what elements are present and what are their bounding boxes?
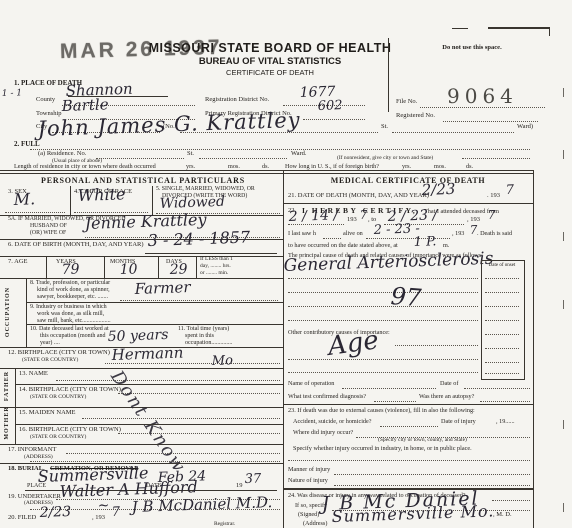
trade-label-2: kind of work done, as spinner, [37, 287, 110, 293]
filed-year-handwritten: 7 [112, 506, 121, 519]
date-of-death-label: 21. DATE OF DEATH (MONTH, DAY, AND YEAR) [288, 193, 429, 200]
margin-mark-6 [563, 503, 564, 512]
md-label: , M. D. [493, 512, 512, 519]
father-side-label: FATHER [4, 368, 10, 404]
last-saw-label-1: I last saw h [288, 231, 316, 237]
mother-birthplace-blank [118, 432, 280, 434]
birthplace-handwritten: Hermann [111, 346, 183, 363]
residence-label: (a) Residence. No. [38, 151, 86, 158]
row-line-17 [0, 444, 283, 445]
last-saw-blank-1 [323, 237, 341, 239]
cause-of-death-handwritten: General Arteriosclerosis [283, 251, 493, 275]
from-blank [288, 223, 344, 225]
contributory-handwritten: Age [326, 327, 380, 360]
city-ward-label: Ward) [517, 124, 533, 131]
last-worked-label-3: year) .... [40, 340, 60, 346]
registered-no-blank [443, 120, 538, 122]
age-label: 7. AGE [8, 259, 28, 266]
registration-district-label: Registration District No. [205, 97, 269, 104]
dob-handwritten: 3 - 24 - 1857 [147, 229, 250, 249]
mother-side-divider [15, 407, 16, 444]
address-label: (Address) [303, 521, 327, 527]
father-side-divider [15, 368, 16, 407]
last-worked-label-1: 10. Date deceased last worked at [30, 326, 109, 332]
autopsy-label: Was there an autopsy? [419, 394, 474, 400]
informant-label: 17. INFORMANT [8, 447, 56, 454]
operation-label: Name of operation [288, 381, 334, 387]
onset-blank-5 [485, 333, 519, 335]
onset-blank-2 [485, 291, 519, 293]
burial-year-handwritten: 37 [245, 472, 262, 486]
related-blank [492, 499, 530, 501]
cell-divider-sex [70, 186, 71, 215]
test-blank [374, 400, 416, 402]
nonresident-note: (If nonresident, give city or town and S… [337, 156, 433, 162]
informant-blank-1 [66, 452, 280, 454]
row-line-9 [26, 302, 283, 303]
trade-label-1: 8. Trade, profession, or particular [30, 280, 110, 286]
mother-maiden-label: 15. MAIDEN NAME [19, 410, 76, 417]
margin-mark-4 [563, 300, 564, 309]
burial-year-printed: 19 [236, 483, 243, 490]
specify-place-blank [288, 459, 530, 461]
registrar-signature: J B McDaniel M.D. [131, 495, 272, 515]
contributory-blank-3 [288, 371, 478, 373]
external-causes-label: 23. If death was due to external causes … [288, 408, 475, 414]
header-divider [388, 38, 389, 112]
personal-section-title: PERSONAL AND STATISTICAL PARTICULARS [10, 177, 276, 185]
hour-handwritten: 1 P. [414, 235, 437, 249]
city-st-label: St. [381, 124, 388, 131]
file-number-stamp: 9064 [447, 84, 518, 108]
form-right-border [533, 170, 534, 528]
scan-mark-line [488, 27, 550, 29]
residence-st-blank [199, 157, 287, 159]
operation-date-blank [464, 387, 530, 389]
last-saw-label-2: alive on [343, 231, 363, 237]
operation-date-label: Date of [440, 381, 458, 387]
total-time-label-2: spent in this [185, 333, 214, 339]
file-no-label: File No. [396, 99, 417, 106]
spouse-label-3: (OR) WIFE OF [30, 231, 66, 237]
age-less-3: or ........ min. [200, 271, 228, 277]
mother-birthplace-sub: (STATE OR COUNTRY) [30, 435, 86, 441]
marital-label-1: 5. SINGLE, MARRIED, WIDOWED, OR [156, 187, 255, 193]
total-time-label-3: occupation.............. [185, 340, 232, 346]
from-year-printed: 193 [347, 217, 357, 224]
onset-blank-8 [485, 372, 519, 374]
autopsy-blank [480, 400, 530, 402]
date-of-onset-label: Date of onset [482, 263, 522, 268]
m-label: m. [443, 243, 449, 249]
primary-registration-blank [303, 118, 365, 120]
father-birthplace-label: 14. BIRTHPLACE (CITY OR TOWN) [19, 387, 121, 394]
onset-blank-7 [485, 361, 519, 363]
dob-underline [145, 253, 277, 254]
last-worked-label-2: this occupation (month and [40, 333, 106, 339]
margin-mark-2 [563, 150, 564, 159]
manner-blank [334, 473, 530, 475]
specify-city-note: (Specify city or town, county, and State… [378, 438, 467, 444]
registrar-label: Registrar. [214, 522, 235, 528]
injury-date-label: Date of injury [441, 419, 476, 425]
margin-mark-1 [563, 88, 564, 97]
rule-top [0, 170, 533, 171]
column-divider [283, 170, 284, 528]
age-days-handwritten: 29 [170, 262, 188, 277]
attended-from-handwritten: 2 / 14 / [289, 208, 339, 224]
margin-mark-3 [563, 232, 564, 241]
onset-blank-4 [485, 319, 519, 321]
age-less-2: day, ........ hrs. [200, 264, 231, 270]
note-97-handwritten: 97 [390, 284, 422, 310]
sex-blank [5, 211, 65, 213]
full-name-blank [30, 148, 530, 150]
from-year-handwritten: 7 [360, 209, 368, 221]
trade-label-3: sawyer, bookkeeper, etc. ....... [37, 294, 108, 300]
do-not-use-note: Do not use this space. [398, 45, 546, 52]
race-handwritten: White [77, 186, 125, 204]
page-title: MISSOURI STATE BOARD OF HEALTH [140, 42, 400, 55]
residence-no-blank [96, 157, 184, 159]
father-name-label: 13. NAME [19, 371, 48, 378]
rule-top-2 [0, 173, 533, 174]
to-year-handwritten: 7 [488, 209, 496, 221]
onset-blank-1 [485, 277, 519, 279]
dod-year-printed: . 193 [487, 193, 500, 200]
cause-blank-3 [288, 305, 478, 307]
mother-maiden-blank [82, 417, 280, 419]
accident-blank [380, 425, 438, 427]
residence-ward-label: Ward. [291, 151, 307, 158]
last-saw-year-printed: , 193 [452, 231, 464, 237]
dod-year-handwritten: 7 [506, 184, 515, 197]
filed-year-printed: , 193 [92, 515, 105, 522]
specify-place-label: Specify whether injury occurred in indus… [293, 446, 472, 452]
row-line-13 [0, 368, 283, 369]
signed-label: (Signed) [298, 512, 319, 518]
contributory-blank-1 [395, 344, 478, 346]
where-injury-label: Where did injury occur? [293, 430, 353, 436]
manner-label: Manner of injury [288, 467, 330, 473]
accident-label: Accident, suicide, or homicide? [293, 419, 372, 425]
trade-blank [120, 299, 278, 301]
father-birthplace-sub: (STATE OR COUNTRY) [30, 395, 86, 401]
medical-line-1 [283, 203, 533, 204]
operation-blank [342, 387, 436, 389]
age-cell-2 [104, 256, 105, 278]
last-worked-handwritten: 50 years [108, 328, 169, 344]
page-subtitle: BUREAU OF VITAL STATISTICS [140, 57, 400, 67]
dob-label: 6. DATE OF BIRTH (MONTH, DAY, AND YEAR) [8, 242, 144, 249]
industry-label-1: 9. Industry or business in which [30, 304, 107, 310]
scan-mark-tick [549, 27, 550, 36]
father-name-blank [56, 379, 280, 381]
industry-label-2: work was done, as silk mill, [37, 311, 104, 317]
row-line-14 [15, 384, 283, 385]
marital-handwritten: Widowed [160, 195, 226, 211]
cause-blank-2 [288, 291, 478, 293]
scan-mark-dash [452, 28, 468, 29]
sex-handwritten: M. [13, 191, 35, 208]
cause-blank-4 [288, 319, 478, 321]
birthplace-state-handwritten: Mo [212, 354, 234, 368]
primary-registration-handwritten: 602 [318, 99, 343, 113]
trade-handwritten: Farmer [134, 280, 190, 297]
filed-label: 20. FILED [8, 515, 36, 522]
occurred-label: to have occurred on the date stated abov… [288, 243, 398, 249]
registered-no-label: Registered No. [396, 113, 435, 120]
informant-blank-2 [30, 460, 280, 462]
residence-st-label: St. [187, 151, 194, 158]
birthplace-sub-label: (STATE OR COUNTRY) [22, 358, 78, 364]
total-time-label-1: 11. Total time (years) [178, 326, 229, 332]
full-name-label: 2. FULL [14, 141, 40, 148]
cause-blank-1 [288, 277, 478, 279]
certificate-type: CERTIFICATE OF DEATH [140, 69, 400, 77]
age-months-handwritten: 10 [120, 262, 138, 277]
birthplace-label: 12. BIRTHPLACE (CITY OR TOWN) [8, 350, 110, 357]
injury-date-19: , 19...... [496, 419, 515, 425]
onset-blank-6 [485, 347, 519, 349]
residence-right-blank [462, 157, 530, 159]
margin-mark-5 [563, 420, 564, 429]
spouse-label-2: HUSBAND OF [30, 224, 67, 230]
county-label: County [36, 97, 55, 104]
city-st-blank [392, 131, 514, 133]
contributory-blank-2 [288, 358, 478, 360]
nature-label: Nature of injury [288, 478, 328, 484]
age-cell-4 [196, 256, 197, 278]
row-line-16 [15, 424, 283, 425]
onset-blank-3 [485, 305, 519, 307]
row-line-10 [26, 324, 283, 325]
death-is-said-label: . Death is said [477, 231, 512, 237]
medical-section-title: MEDICAL CERTIFICATE OF DEATH [283, 177, 533, 185]
age-cell-3 [158, 256, 159, 278]
occupation-side-label: OCCUPATION [5, 279, 11, 345]
row-line-7 [0, 256, 283, 257]
mother-side-label: MOTHER [4, 405, 10, 441]
age-less-1: If LESS than 1 [200, 257, 233, 263]
mother-birthplace-label: 16. BIRTHPLACE (CITY OR TOWN) [19, 427, 121, 434]
test-label: What test confirmed diagnosis? [288, 394, 366, 400]
physician-address-handwritten: Summersville Mo. [331, 503, 494, 525]
filed-date-handwritten: 2/23 [40, 505, 72, 520]
age-cell-1 [46, 256, 47, 278]
medical-line-2 [283, 404, 533, 405]
age-years-handwritten: 79 [62, 262, 80, 277]
death-certificate-scan: MAR 26 1937 MISSOURI STATE BOARD OF HEAL… [0, 0, 572, 528]
occupation-side-divider [26, 278, 27, 347]
township-handwritten: Bartle [61, 97, 108, 114]
nature-blank [334, 484, 530, 486]
stray-pen-marks: 1 - 1 [2, 89, 23, 99]
date-of-death-handwritten: 2/23 [421, 182, 455, 198]
